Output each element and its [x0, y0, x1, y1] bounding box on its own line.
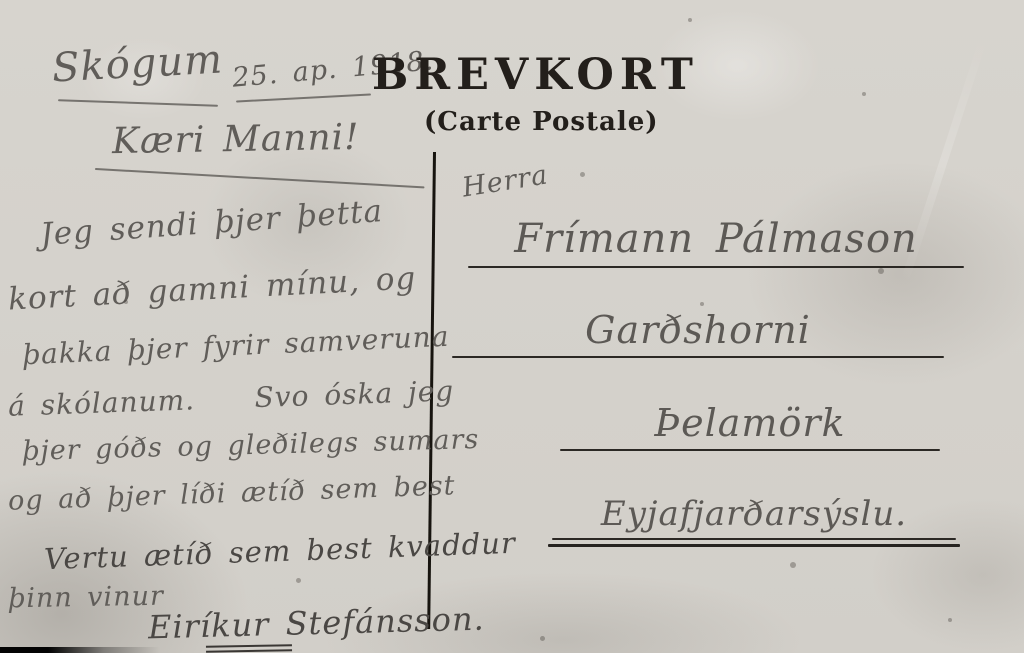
address-row-farm: Garðshorni [452, 296, 944, 358]
stain-speck [862, 92, 866, 96]
ruled-line [468, 266, 964, 268]
dateline-date-underline [236, 93, 371, 102]
address-farm: Garðshorni [452, 308, 944, 352]
stain-speck [700, 302, 704, 306]
greeting: Kæri Manni! [112, 120, 360, 160]
stain-speck [540, 636, 545, 641]
address-county: Eyjafjarðarsýslu. [552, 494, 956, 534]
stain-speck [948, 618, 952, 622]
greeting-underline [95, 168, 425, 188]
stain-speck [296, 578, 301, 583]
message-line: þakka þjer fyrir samveruna [22, 323, 450, 370]
stain-speck [124, 300, 128, 304]
ruled-line [452, 356, 944, 358]
message-line: og að þjer líði ætíð sem best [8, 472, 456, 515]
address-row-recipient: Frímann Pálmason [468, 196, 964, 268]
address-row-district: Þelamörk [560, 389, 940, 451]
signature: Eiríkur Stefánsson. [148, 603, 485, 644]
ruled-line-second [548, 544, 960, 547]
signature-flourish [206, 644, 292, 652]
postcard-subtitle: (Carte Postale) [424, 107, 659, 137]
stain-speck [688, 18, 692, 22]
message-line: á skólanum. Svo óska jeg [8, 377, 455, 421]
postcard-title: BREVKORT [372, 50, 699, 100]
ruled-line [560, 449, 940, 451]
postcard-scan: Skógum 25. ap. 1918. BREVKORT (Carte Pos… [0, 0, 1024, 653]
address-recipient: Frímann Pálmason [468, 216, 964, 262]
stain-speck [878, 268, 884, 274]
message-line: Jeg sendi þjer þetta [39, 196, 384, 251]
message-line: kort að gamni mínu, og [7, 263, 417, 315]
address-district: Þelamörk [560, 401, 940, 445]
message-line: þinn vinur [8, 583, 164, 613]
dateline-place-underline [58, 99, 218, 107]
message-line: Vertu ætíð sem best kvaddur [44, 529, 517, 574]
ruled-line [552, 538, 956, 540]
dateline-place: Skógum [51, 40, 224, 89]
scan-edge-artifact [0, 647, 160, 653]
address-row-county: Eyjafjarðarsýslu. [552, 478, 956, 540]
stain-speck [580, 172, 585, 177]
message-line: þjer góðs og gleðilegs sumars [22, 426, 480, 465]
stain-speck [790, 562, 796, 568]
